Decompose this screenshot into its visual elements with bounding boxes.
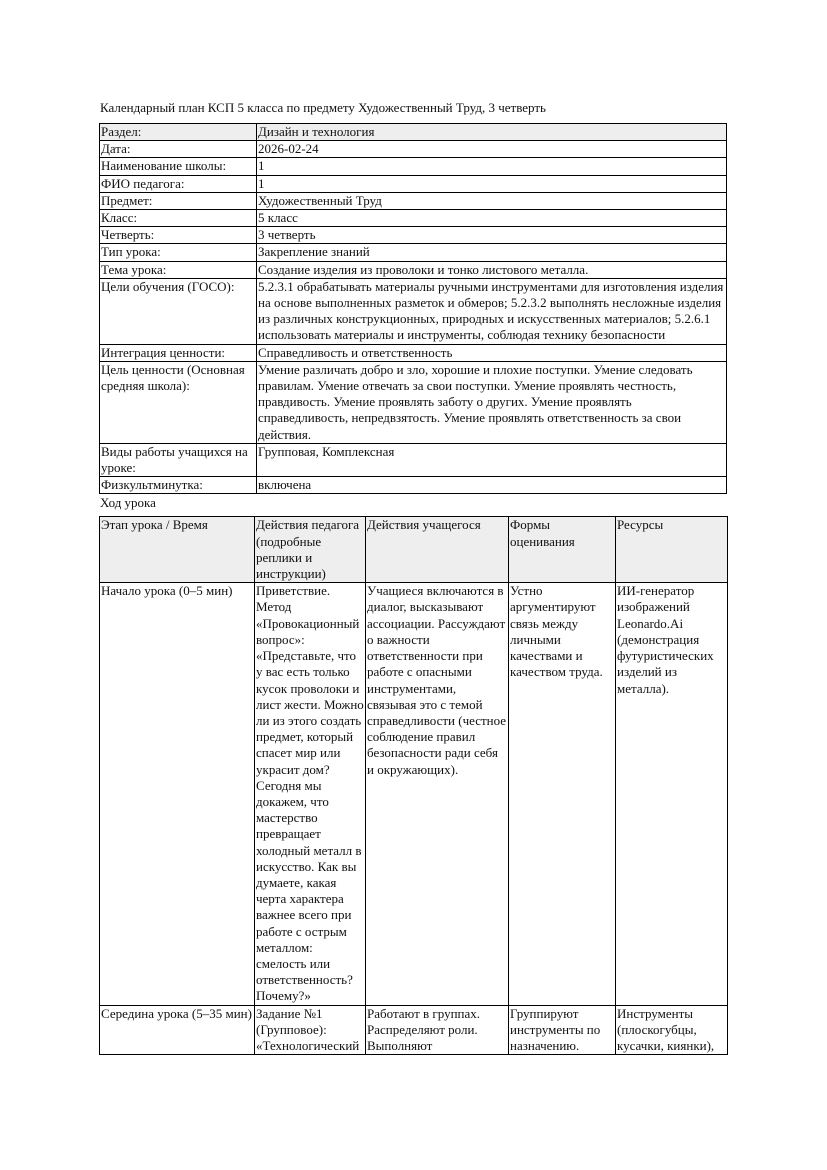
cell-teacher: Приветствие. Метод «Провокационный вопро…: [255, 583, 366, 1005]
info-label: ФИО педагога:: [100, 175, 257, 192]
info-row: Тема урока:Создание изделия из проволоки…: [100, 261, 727, 278]
info-label: Цель ценности (Основная средняя школа):: [100, 361, 257, 443]
cell-student: Учащиеся включаются в диалог, высказываю…: [366, 583, 509, 1005]
info-value: 5 класс: [257, 210, 727, 227]
lesson-flow-header-row: Этап урока / Время Действия педагога (по…: [100, 517, 728, 583]
info-label: Тип урока:: [100, 244, 257, 261]
info-value: Создание изделия из проволоки и тонко ли…: [257, 261, 727, 278]
document-page: Календарный план КСП 5 класса по предмет…: [99, 100, 727, 1055]
info-row: Наименование школы:1: [100, 158, 727, 175]
info-row: Предмет:Художественный Труд: [100, 192, 727, 209]
info-row: Физкультминутка:включена: [100, 477, 727, 494]
info-value: включена: [257, 477, 727, 494]
info-row: Интеграция ценности:Справедливость и отв…: [100, 344, 727, 361]
info-row: Цель ценности (Основная средняя школа):У…: [100, 361, 727, 443]
info-label: Виды работы учащихся на уроке:: [100, 443, 257, 476]
info-row: Раздел:Дизайн и технология: [100, 124, 727, 141]
lesson-info-table: Раздел:Дизайн и технологияДата:2026-02-2…: [99, 123, 727, 494]
info-label: Тема урока:: [100, 261, 257, 278]
info-row: Четверть:3 четверть: [100, 227, 727, 244]
info-value: 3 четверть: [257, 227, 727, 244]
cell-assessment: Устно аргументируют связь между личными …: [509, 583, 616, 1005]
lesson-flow-heading: Ход урока: [100, 495, 727, 512]
lesson-flow-table: Этап урока / Время Действия педагога (по…: [99, 516, 728, 1055]
info-row: Цели обучения (ГОСО):5.2.3.1 обрабатыват…: [100, 278, 727, 344]
info-value: Справедливость и ответственность: [257, 344, 727, 361]
info-value: 5.2.3.1 обрабатывать материалы ручными и…: [257, 278, 727, 344]
info-value: Дизайн и технология: [257, 124, 727, 141]
info-value: Умение различать добро и зло, хорошие и …: [257, 361, 727, 443]
cell-stage: Середина урока (5–35 мин): [100, 1005, 255, 1055]
cell-resources: Инструменты (плоскогубцы, кусачки, киянк…: [616, 1005, 728, 1055]
column-header-teacher: Действия педагога (подробные реплики и и…: [255, 517, 366, 583]
document-title: Календарный план КСП 5 класса по предмет…: [100, 100, 727, 117]
info-row: ФИО педагога:1: [100, 175, 727, 192]
info-label: Четверть:: [100, 227, 257, 244]
info-label: Предмет:: [100, 192, 257, 209]
lesson-flow-row: Середина урока (5–35 мин)Задание №1 (Гру…: [100, 1005, 728, 1055]
cell-stage: Начало урока (0–5 мин): [100, 583, 255, 1005]
column-header-resources: Ресурсы: [616, 517, 728, 583]
info-row: Класс:5 класс: [100, 210, 727, 227]
info-row: Дата:2026-02-24: [100, 141, 727, 158]
lesson-flow-row: Начало урока (0–5 мин)Приветствие. Метод…: [100, 583, 728, 1005]
info-row: Тип урока:Закрепление знаний: [100, 244, 727, 261]
info-label: Физкультминутка:: [100, 477, 257, 494]
info-label: Класс:: [100, 210, 257, 227]
cell-teacher: Задание №1 (Групповое): «Технологический: [255, 1005, 366, 1055]
info-label: Наименование школы:: [100, 158, 257, 175]
cell-resources: ИИ-генератор изображений Leonardo.Ai (де…: [616, 583, 728, 1005]
info-label: Цели обучения (ГОСО):: [100, 278, 257, 344]
info-label: Раздел:: [100, 124, 257, 141]
info-row: Виды работы учащихся на уроке:Групповая,…: [100, 443, 727, 476]
info-value: 2026-02-24: [257, 141, 727, 158]
info-value: Групповая, Комплексная: [257, 443, 727, 476]
info-label: Интеграция ценности:: [100, 344, 257, 361]
cell-assessment: Группируют инструменты по назначению.: [509, 1005, 616, 1055]
info-value: 1: [257, 158, 727, 175]
column-header-assessment: Формы оценивания: [509, 517, 616, 583]
info-label: Дата:: [100, 141, 257, 158]
info-value: Закрепление знаний: [257, 244, 727, 261]
cell-student: Работают в группах. Распределяют роли. В…: [366, 1005, 509, 1055]
column-header-stage: Этап урока / Время: [100, 517, 255, 583]
info-value: 1: [257, 175, 727, 192]
column-header-student: Действия учащегося: [366, 517, 509, 583]
info-value: Художественный Труд: [257, 192, 727, 209]
